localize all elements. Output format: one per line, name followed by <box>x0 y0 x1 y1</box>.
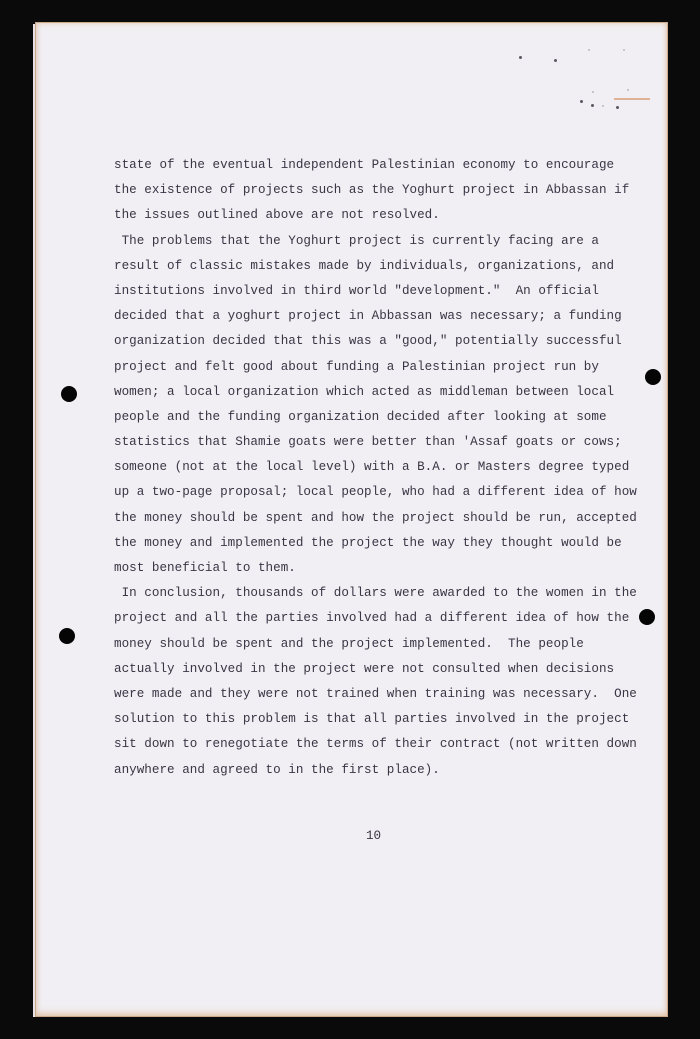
body-text: state of the eventual independent Palest… <box>114 153 654 783</box>
text-line: project and felt good about funding a Pa… <box>114 355 654 380</box>
text-line: result of classic mistakes made by indiv… <box>114 254 654 279</box>
text-line: decided that a yoghurt project in Abbass… <box>114 304 654 329</box>
text-line: sit down to renegotiate the terms of the… <box>114 732 654 757</box>
text-line: actually involved in the project were no… <box>114 657 654 682</box>
text-line: money should be spent and the project im… <box>114 632 654 657</box>
scan-background: state of the eventual independent Palest… <box>0 0 700 1039</box>
text-line: were made and they were not trained when… <box>114 682 654 707</box>
hole-punch <box>59 628 75 644</box>
text-line: up a two-page proposal; local people, wh… <box>114 480 654 505</box>
text-line: solution to this problem is that all par… <box>114 707 654 732</box>
text-line: women; a local organization which acted … <box>114 380 654 405</box>
text-line: state of the eventual independent Palest… <box>114 153 654 178</box>
text-line: the issues outlined above are not resolv… <box>114 203 654 228</box>
paper-speck <box>623 49 625 51</box>
text-line: organization decided that this was a "go… <box>114 329 654 354</box>
paper-speck <box>580 100 583 103</box>
paper-speck <box>588 49 590 51</box>
text-line: the existence of projects such as the Yo… <box>114 178 654 203</box>
text-line: most beneficial to them. <box>114 556 654 581</box>
text-line: statistics that Shamie goats were better… <box>114 430 654 455</box>
paper-speck <box>591 104 594 107</box>
paper-speck <box>602 105 604 107</box>
paper-speck <box>627 89 629 91</box>
paper-speck <box>519 56 522 59</box>
text-line: the money and implemented the project th… <box>114 531 654 556</box>
text-line: anywhere and agreed to in the first plac… <box>114 758 654 783</box>
text-line: project and all the parties involved had… <box>114 606 654 631</box>
page-number: 10 <box>366 829 396 843</box>
text-line: institutions involved in third world "de… <box>114 279 654 304</box>
paper-stain <box>614 98 650 100</box>
hole-punch <box>61 386 77 402</box>
paper-speck <box>616 106 619 109</box>
text-line: the money should be spent and how the pr… <box>114 506 654 531</box>
text-line: people and the funding organization deci… <box>114 405 654 430</box>
paper-speck <box>554 59 557 62</box>
text-line: In conclusion, thousands of dollars were… <box>114 581 654 606</box>
text-line: The problems that the Yoghurt project is… <box>114 229 654 254</box>
text-line: someone (not at the local level) with a … <box>114 455 654 480</box>
paper-speck <box>592 91 594 93</box>
